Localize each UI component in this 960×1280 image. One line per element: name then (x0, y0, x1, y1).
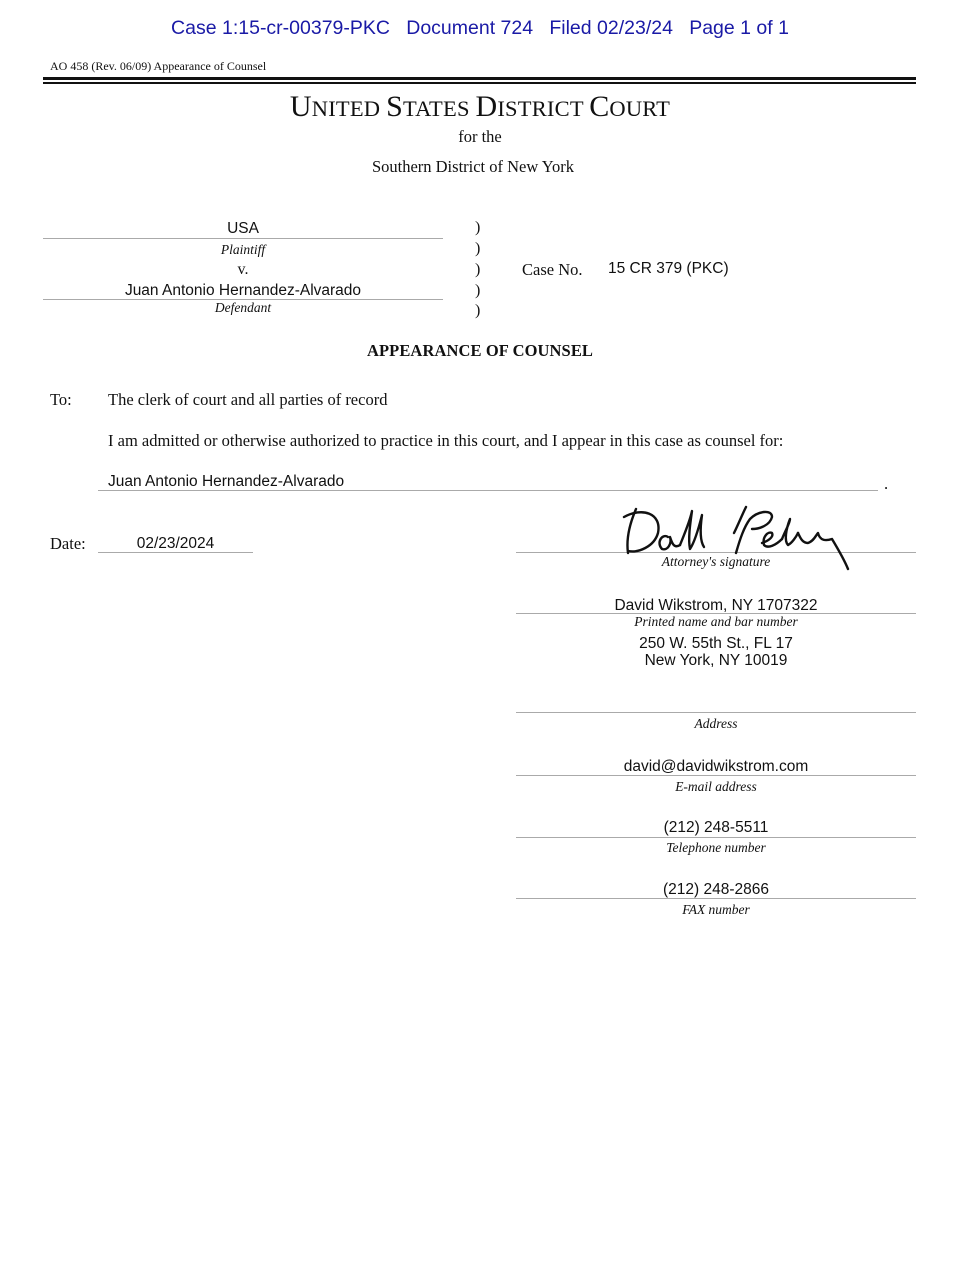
defendant-label: Defendant (43, 300, 443, 316)
plaintiff-name: USA (43, 220, 443, 238)
case-number-stamp: Case 1:15-cr-00379-PKC (171, 17, 390, 39)
address-line-1: 250 W. 55th St., FL 17 (516, 635, 916, 652)
addressee-text: The clerk of court and all parties of re… (108, 390, 387, 410)
plaintiff-label: Plaintiff (43, 242, 443, 258)
plaintiff-underline (43, 238, 443, 239)
case-number-label: Case No. (522, 260, 583, 280)
court-title: UNITED STATES DISTRICT COURT (0, 90, 960, 124)
attorney-telephone: (212) 248-5511 (516, 819, 916, 836)
caption-paren: ) (475, 261, 480, 279)
case-number-value: 15 CR 379 (PKC) (608, 260, 729, 278)
filed-date-stamp: Filed 02/23/24 (549, 17, 673, 39)
address-underline (516, 712, 916, 713)
email-underline (516, 775, 916, 776)
caption-paren: ) (475, 240, 480, 258)
signature-label: Attorney's signature (516, 554, 916, 570)
document-number-stamp: Document 724 (406, 17, 533, 39)
printed-name-label: Printed name and bar number (516, 614, 916, 630)
attorney-fax: (212) 248-2866 (516, 881, 916, 898)
defendant-name: Juan Antonio Hernandez-Alvarado (43, 282, 443, 300)
to-label: To: (50, 390, 72, 410)
header-rule-thick (43, 77, 916, 80)
date-value: 02/23/2024 (98, 535, 253, 553)
address-line-2: New York, NY 10019 (516, 652, 916, 669)
fax-underline (516, 898, 916, 899)
caption-paren: ) (475, 219, 480, 237)
telephone-underline (516, 837, 916, 838)
fax-label: FAX number (516, 902, 916, 918)
client-underline (98, 490, 878, 491)
client-name: Juan Antonio Hernandez-Alvarado (108, 473, 344, 491)
caption-paren: ) (475, 302, 480, 320)
header-rule-thin (43, 82, 916, 84)
form-identifier: AO 458 (Rev. 06/09) Appearance of Counse… (50, 59, 266, 74)
attorney-email: david@davidwikstrom.com (516, 758, 916, 775)
telephone-label: Telephone number (516, 840, 916, 856)
email-label: E-mail address (516, 779, 916, 795)
filing-stamp-header: Case 1:15-cr-00379-PKC Document 724 File… (0, 17, 960, 40)
attorney-printed-name: David Wikstrom, NY 1707322 (516, 597, 916, 614)
date-underline (98, 552, 253, 553)
form-heading: APPEARANCE OF COUNSEL (0, 341, 960, 361)
date-label: Date: (50, 534, 86, 554)
caption-paren: ) (475, 282, 480, 300)
address-label: Address (516, 716, 916, 732)
for-the-text: for the (0, 127, 960, 147)
district-name: Southern District of New York (0, 157, 946, 177)
page-count-stamp: Page 1 of 1 (689, 17, 789, 39)
client-period: . (884, 474, 888, 494)
versus-text: v. (43, 261, 443, 279)
admission-statement: I am admitted or otherwise authorized to… (108, 431, 783, 451)
